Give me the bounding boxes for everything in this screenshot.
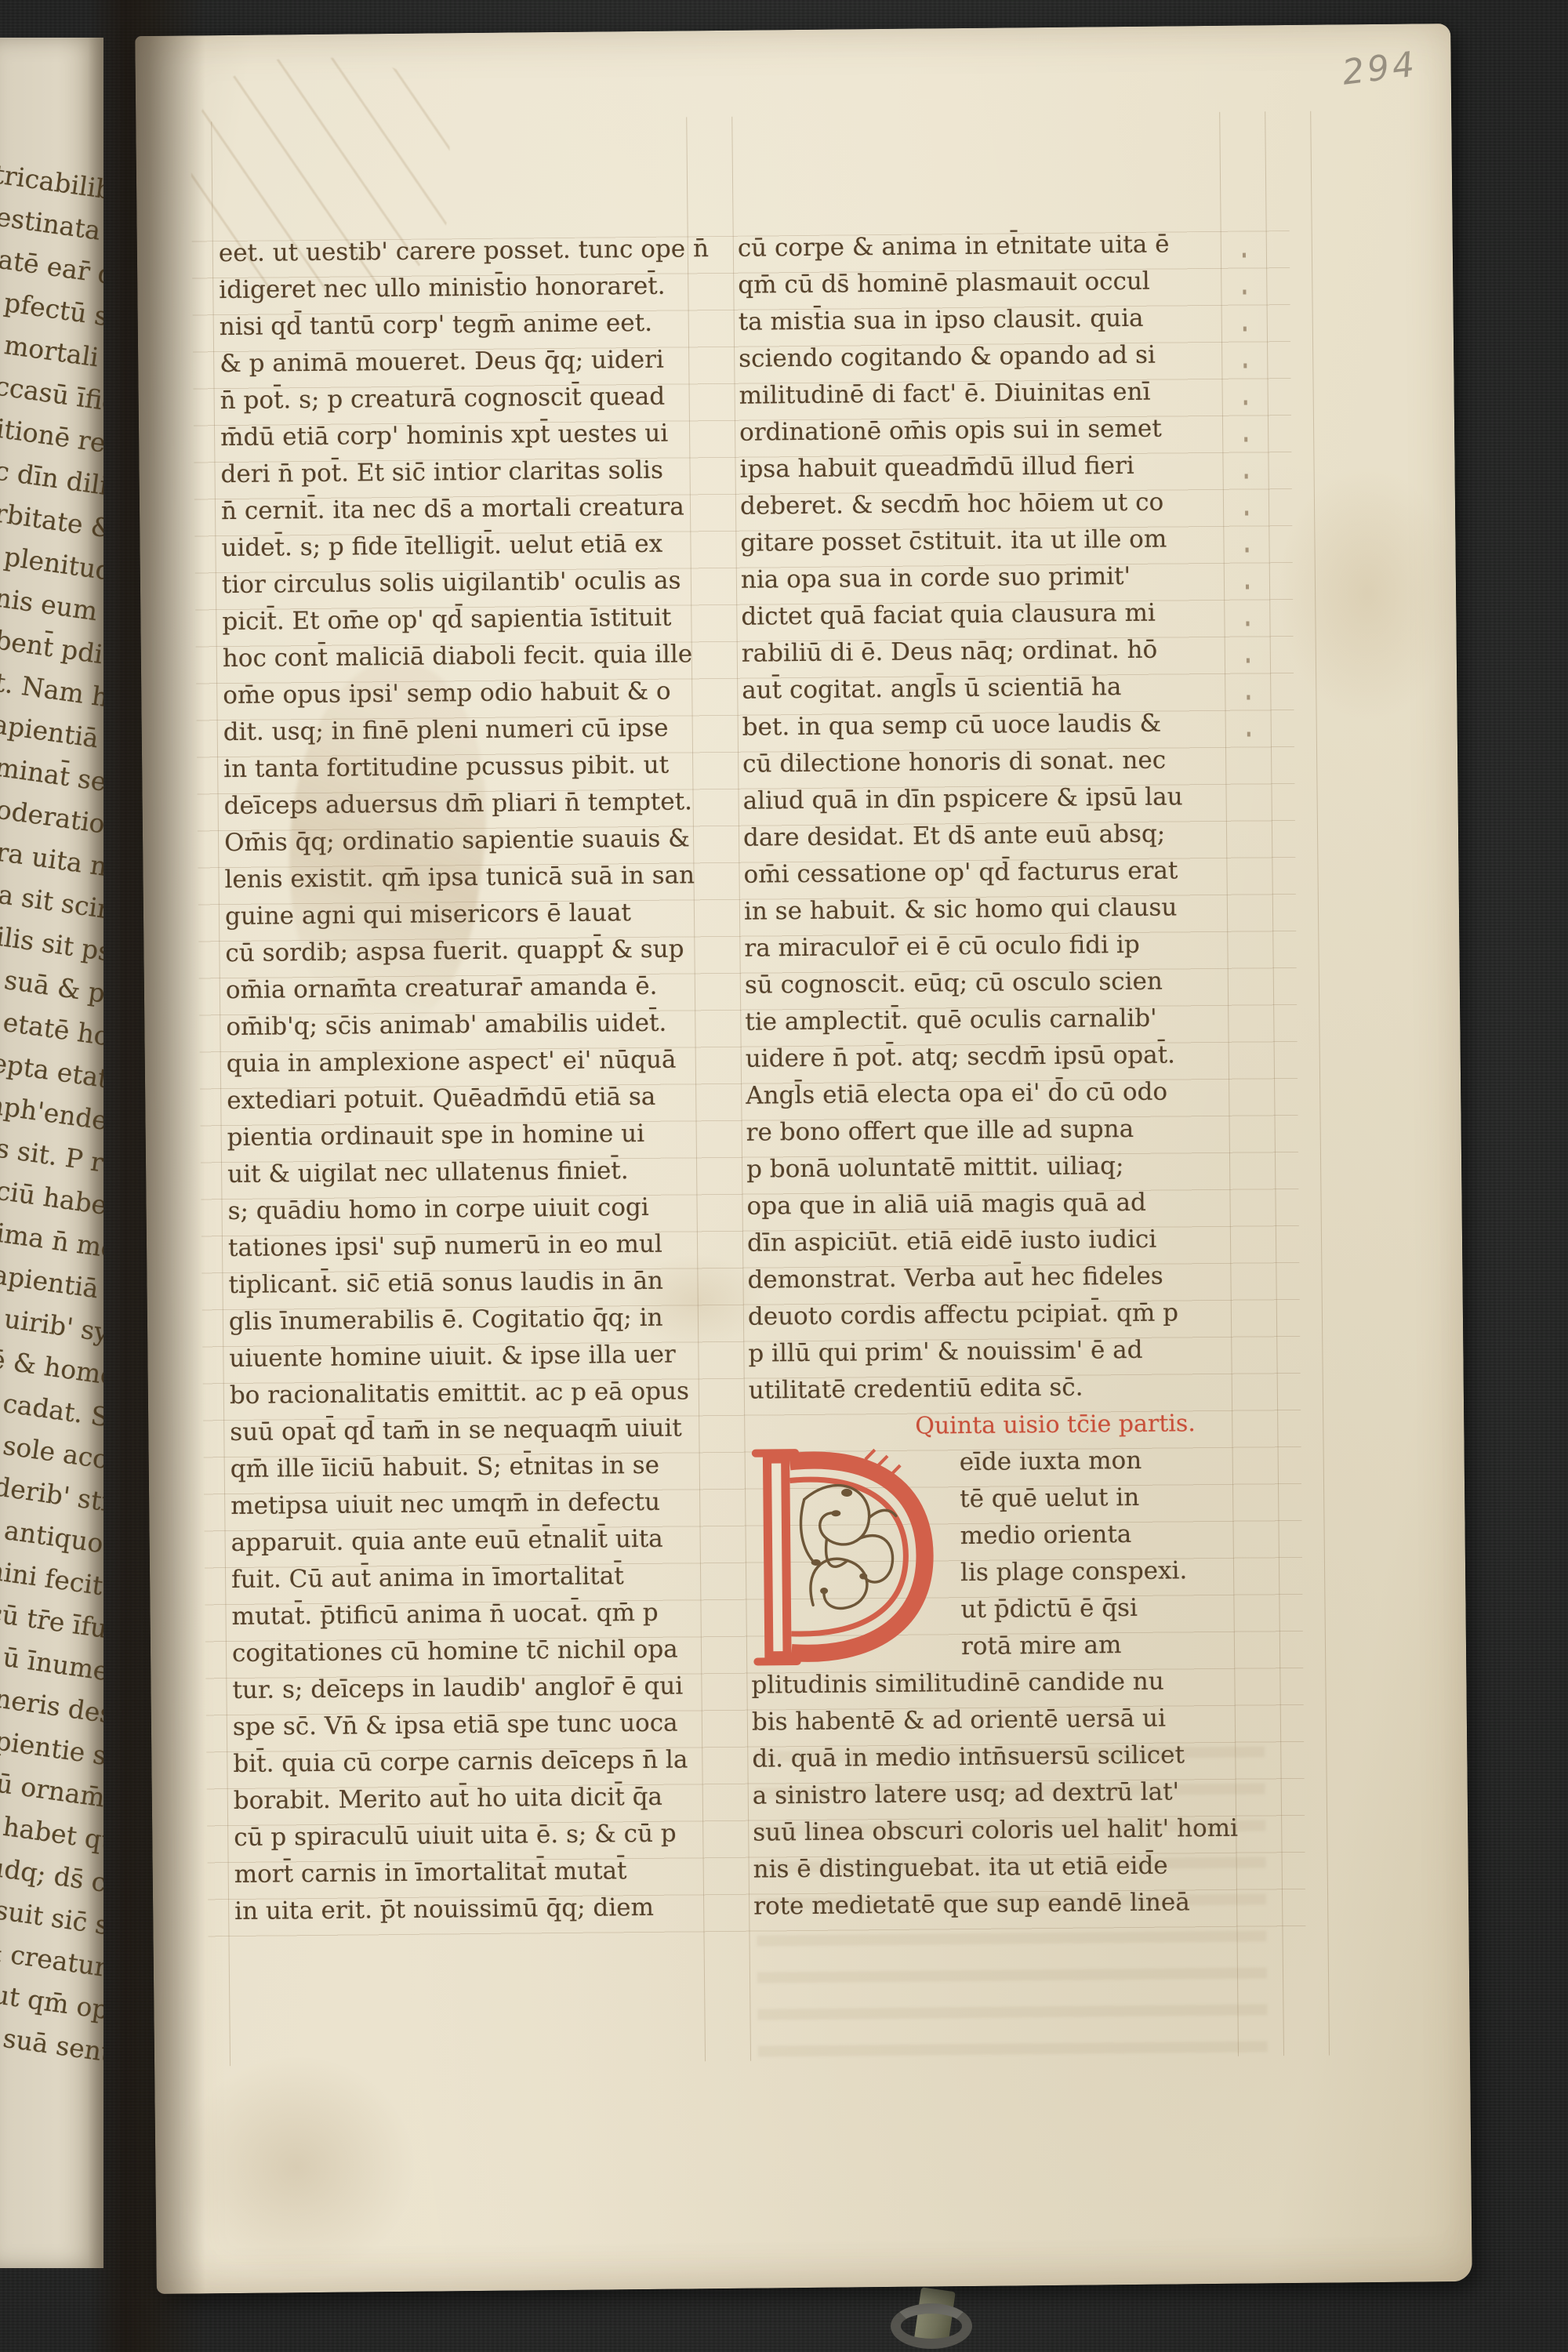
manuscript-line: om̄i cessatione op' qd̄ facturus erat bbox=[743, 852, 1245, 894]
manuscript-line: re bono offert que ille ad supna bbox=[746, 1110, 1247, 1152]
manuscript-line: tationes ipsi' sup̄ numerū in eo mul bbox=[228, 1225, 710, 1267]
manuscript-line: extediari potuit. Quēadm̄dū etiā sa bbox=[227, 1078, 709, 1120]
manuscript-line: cū dilectione honoris di sonat. nec bbox=[742, 742, 1244, 783]
manuscript-line: spe sc̄. Vn̄ & ipsa etiā spe tunc uoca bbox=[233, 1704, 715, 1746]
manuscript-line: in uita erit. p̄t nouissimū q̄q; diem bbox=[234, 1889, 717, 1930]
manuscript-line: n̄ pot̄. s; p creaturā cognoscit̄ quead bbox=[220, 378, 702, 419]
manuscript-line: aut̄ cogitat. angl̄s ū scientiā ha bbox=[742, 668, 1243, 710]
manuscript-line: lis plage conspexi. bbox=[960, 1552, 1252, 1592]
manuscript-line: apparuit. quia ante euū et̄nalit̄ uita bbox=[230, 1520, 713, 1562]
manuscript-line: deuoto cordis affectu pcipiat̄. qm̄ p bbox=[748, 1294, 1250, 1336]
manuscript-line: fuit. Cū aut̄ anima in īmortalitat̄ bbox=[231, 1557, 713, 1599]
manuscript-line: bis habentē & ad orientē uersā ui bbox=[752, 1700, 1254, 1741]
manuscript-line: pientia ordinauit spe in homine ui bbox=[227, 1115, 709, 1156]
manuscript-line: nisi qd̄ tantū corp' tegm̄ anime eet. bbox=[220, 304, 702, 346]
manuscript-line: militudinē di fact' ē. Diuinitas enī bbox=[739, 373, 1240, 415]
parchment-stain bbox=[178, 2056, 416, 2278]
manuscript-line: uidet̄. s; p fide ītelligit̄. uelut etiā… bbox=[221, 525, 703, 567]
manuscript-line: om̄ib'q; sc̄is animab' amabilis uidet̄. bbox=[226, 1004, 708, 1046]
manuscript-line: nia opa sua in corde suo primit' bbox=[741, 557, 1243, 599]
manuscript-line: eet. ut uestib' carere posset. tunc ope … bbox=[219, 230, 701, 272]
manuscript-line: tiplicant̄. sic̄ etiā sonus laudis in ān bbox=[228, 1262, 710, 1304]
manuscript-line: rotā mire am bbox=[961, 1626, 1253, 1666]
ruling-vertical bbox=[1265, 111, 1284, 2056]
manuscript-line: picit̄. Et om̄e op' qd̄ sapientia īstitu… bbox=[222, 599, 704, 641]
manuscript-line: dit. usq; in finē pleni numeri cū ipse bbox=[223, 710, 706, 751]
rubric: Quinta uisio tc̄ie partis. bbox=[749, 1405, 1250, 1446]
manuscript-line: suū linea obscuri coloris uel halit' hom… bbox=[753, 1810, 1254, 1852]
manuscript-line: utilitatē credentiū edita sc̄. bbox=[749, 1368, 1250, 1410]
ruling-vertical bbox=[1310, 111, 1330, 2056]
manuscript-line: & p animā moueret. Deus q̄q; uideri bbox=[220, 341, 702, 383]
manuscript-line: rabiliū di ē. Deus nāq; ordinat. hō bbox=[742, 631, 1243, 673]
manuscript-line: glis īnumerabilis ē. Cogitatio q̄q; in bbox=[229, 1299, 711, 1341]
column-right-bottom: plitudinis similitudinē candide nubis ha… bbox=[751, 1663, 1255, 1926]
manuscript-line: ta mist̄ia sua in ipso clausit. quia bbox=[739, 299, 1240, 341]
manuscript-line: mort̄ carnis in īmortalitat̄ mutat̄ bbox=[234, 1852, 717, 1893]
manuscript-line: qm̄ ille īiciū habuit. S; et̄nitas in se bbox=[230, 1446, 713, 1488]
manuscript-line: guine agni qui misericors ē lauat bbox=[225, 894, 707, 935]
manuscript-line: rote medietatē que sup eandē lineā bbox=[753, 1884, 1255, 1926]
column-right-top: cū corpe & anima in et̄nitate uita ēqm̄ … bbox=[738, 226, 1250, 1410]
manuscript-line: uit & uigilat nec ullatenus finiet̄. bbox=[227, 1152, 710, 1193]
manuscript-line: cū corpe & anima in et̄nitate uita ē bbox=[738, 226, 1240, 267]
manuscript-line: tur. s; deīceps in laudib' anglor̄ ē qui bbox=[232, 1668, 714, 1709]
decorated-initial-block: eīde iuxta montē quē uelut inmedio orien… bbox=[750, 1442, 1254, 1668]
manuscript-line: om̄e opus ipsi' semp odio habuit & o bbox=[223, 673, 705, 714]
manuscript-line: bet. in qua semp cū uoce laudis & bbox=[742, 705, 1243, 746]
manuscript-line: in tanta fortitudine pcussus pibit. ut bbox=[223, 746, 706, 788]
text-column-right: cū corpe & anima in et̄nitate uita ēqm̄ … bbox=[738, 226, 1256, 1926]
manuscript-line: tior circulus solis uigilantib' oculis a… bbox=[222, 562, 704, 604]
manuscript-line: tē quē uelut in bbox=[960, 1479, 1251, 1519]
manuscript-line: idigeret nec ullo minist̄io honoraret̄. bbox=[219, 267, 701, 309]
manuscript-line: ut p̄dictū ē q̄si bbox=[960, 1589, 1252, 1629]
manuscript-line: nis ē distinguebat. ita ut etiā eid̄e bbox=[753, 1847, 1254, 1889]
manuscript-line: ra miraculor̄ ei ē cū oculo fidi ip bbox=[744, 926, 1246, 967]
parchment-stain bbox=[1276, 463, 1459, 723]
manuscript-line: cū p spiraculū uiuit uita ē. s; & cū p bbox=[234, 1815, 716, 1857]
manuscript-line: bit̄. quia cū corpe carnis deīceps n̄ la bbox=[233, 1741, 715, 1783]
manuscript-line: eīde iuxta mon bbox=[960, 1442, 1251, 1482]
manuscript-line: ordinationē om̄is opis sui in semet bbox=[739, 410, 1241, 452]
manuscript-line: deberet. & secdm̄ hoc hōiem ut co bbox=[740, 484, 1242, 525]
book-clasp bbox=[884, 2289, 986, 2352]
facing-page-edge: xtricabilib' tenebrdestinata loca seitat… bbox=[0, 38, 103, 2268]
manuscript-line: bo racionalitatis emittit. ac p eā opus bbox=[230, 1373, 712, 1414]
manuscript-line: p illū qui prim' & nouissim' ē ad bbox=[748, 1331, 1250, 1373]
manuscript-line: ipsa habuit queadm̄dū illud fieri bbox=[739, 447, 1241, 488]
manuscript-line: dare desidat. Et ds̄ ante euū absq; bbox=[743, 815, 1245, 857]
manuscript-line: uidere n̄ pot̄. atq; secdm̄ ipsū opat̄. bbox=[746, 1036, 1247, 1078]
manuscript-line: opa que in aliā uiā magis quā ad bbox=[746, 1184, 1248, 1225]
manuscript-page: eet. ut uestib' carere posset. tunc ope … bbox=[135, 24, 1472, 2294]
manuscript-line: n̄ cernit̄. ita nec ds̄ a mortali creatu… bbox=[221, 488, 703, 530]
manuscript-line: demonstrat. Verba aut̄ hec fideles bbox=[747, 1258, 1249, 1299]
manuscript-line: deri n̄ pot̄. Et sic̄ intior claritas so… bbox=[220, 452, 702, 493]
pricking-marks bbox=[1243, 253, 1250, 739]
manuscript-line: gitare posset c̄stituit. ita ut ille om bbox=[740, 521, 1242, 562]
manuscript-line: cogitationes cū homine tc̄ nichil opa bbox=[232, 1631, 714, 1672]
manuscript-line: Om̄is q̄q; ordinatio sapientie suauis & bbox=[224, 820, 706, 862]
manuscript-line: borabit. Merito aut̄ ho uita dicit̄ q̄a bbox=[234, 1778, 716, 1820]
manuscript-line: om̄ia ornam̄ta creaturar̄ amanda ē. bbox=[226, 967, 708, 1009]
manuscript-line: s; quādiu homo in corpe uiuit cogi bbox=[227, 1189, 710, 1230]
manuscript-line: qm̄ cū ds̄ hominē plasmauit occul bbox=[738, 263, 1240, 304]
prev-page-fragments: xtricabilib' tenebrdestinata loca seitat… bbox=[0, 154, 103, 2059]
manuscript-line: quia in amplexione aspect' ei' nūquā bbox=[227, 1041, 709, 1083]
manuscript-line: tie amplectit̄. quē oculis carnalib' bbox=[745, 1000, 1247, 1041]
manuscript-line: metipsa uiuit nec umqm̄ in defectu bbox=[230, 1483, 713, 1525]
manuscript-line: Angl̄s etiā electa opa ei' d̄o cū odo bbox=[746, 1073, 1247, 1115]
manuscript-line: cū sordib; aspsa fuerit. quappt̄ & sup bbox=[225, 931, 707, 972]
manuscript-line: p bonā uoluntatē mittit. uiliaq; bbox=[746, 1147, 1248, 1189]
manuscript-line: sū cognoscit. eūq; cū osculo scien bbox=[745, 963, 1247, 1004]
manuscript-line: lenis existit. qm̄ ipsa tunicā suā in sa… bbox=[224, 857, 706, 898]
manuscript-line: aliud quā in dīn pspicere & ipsū lau bbox=[742, 779, 1244, 820]
text-column-left: eet. ut uestib' carere posset. tunc ope … bbox=[219, 230, 717, 1930]
manuscript-line: mutat̄. p̄tificū anima n̄ uocat̄. qm̄ p bbox=[231, 1594, 713, 1635]
manuscript-line: suū opat̄ qd̄ tam̄ in se nequaqm̄ uiuit bbox=[230, 1410, 712, 1451]
manuscript-line: uiuente homine uiuit. & ipse illa uer bbox=[229, 1336, 711, 1377]
column-left-lines: eet. ut uestib' carere posset. tunc ope … bbox=[219, 230, 717, 1930]
decorated-initial-d bbox=[744, 1441, 949, 1671]
manuscript-line: di. quā in medio intn̄suersū scilicet bbox=[752, 1737, 1254, 1778]
manuscript-line: in se habuit. & sic homo qui clausu bbox=[744, 889, 1246, 931]
manuscript-line: dīn aspiciūt. etiā eidē iusto iudici bbox=[747, 1221, 1249, 1262]
manuscript-line: sciendo cogitando & opando ad si bbox=[739, 336, 1240, 378]
manuscript-line: medio orienta bbox=[960, 1515, 1251, 1555]
manuscript-line: m̄dū etiā corp' hominis xpt̄ uestes ui bbox=[220, 415, 702, 456]
initial-side-lines: eīde iuxta montē quē uelut inmedio orien… bbox=[960, 1442, 1254, 1666]
prev-page-text-line: ā suā sentit. St aut bbox=[0, 2016, 103, 2093]
book-clasp-hook bbox=[891, 2303, 972, 2349]
manuscript-line: dictet quā faciat quia clausura mi bbox=[741, 594, 1243, 636]
manuscript-line: hoc cont̄ maliciā diaboli fecit. quia il… bbox=[223, 636, 705, 677]
manuscript-line: deīceps aduersus dm̄ pliari n̄ temptet. bbox=[223, 783, 706, 825]
manuscript-line: a sinistro latere usq; ad dextrū lat' bbox=[753, 1773, 1254, 1815]
